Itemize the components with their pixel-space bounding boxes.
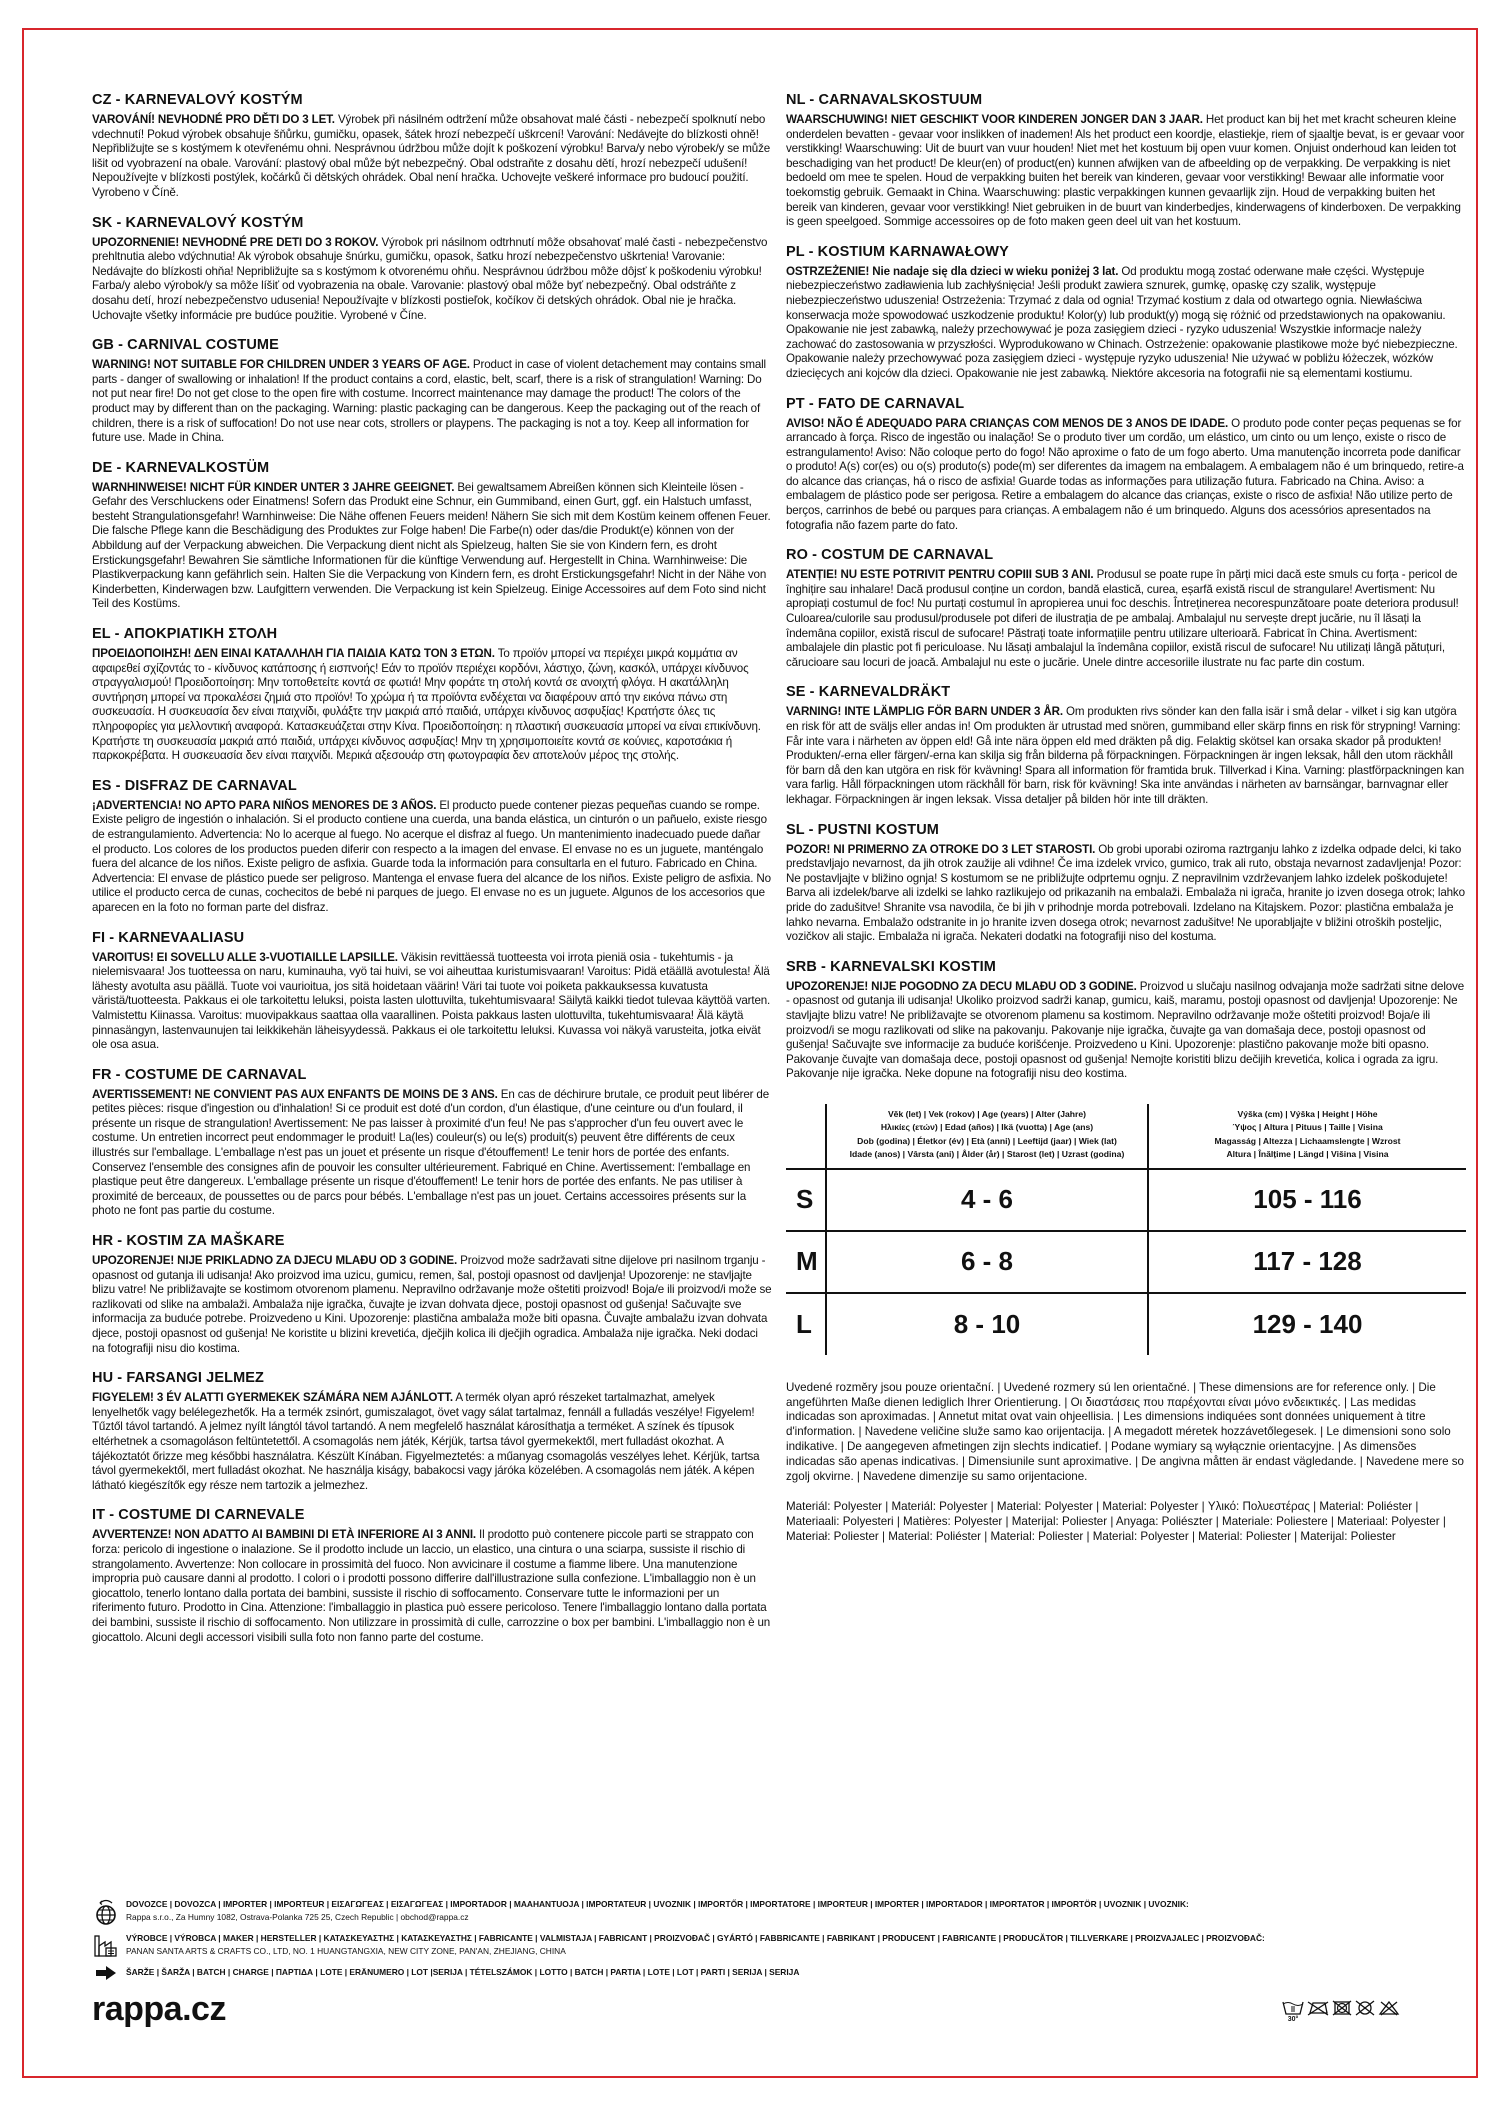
height-header: Výška (cm) | Výška | Height | Höhe Ύψος … <box>1148 1104 1466 1169</box>
warning-text: WARNHINWEISE! NICHT FÜR KINDER UNTER 3 J… <box>92 481 454 494</box>
section-cz: CZ - KARNEVALOVÝ KOSTÝMVAROVÁNÍ! NEVHODN… <box>92 92 772 201</box>
warning-text: FIGYELEM! 3 ÉV ALATTI GYERMEKEK SZÁMÁRA … <box>92 1391 453 1404</box>
section-it: IT - COSTUME DI CARNEVALEAVVERTENZE! NON… <box>92 1507 772 1645</box>
size-label: M <box>786 1231 826 1293</box>
section-body: UPOZORNENIE! NEVHODNÉ PRE DETI DO 3 ROKO… <box>92 236 772 324</box>
globe-icon <box>92 1898 120 1926</box>
warning-text: VAROITUS! EI SOVELLU ALLE 3-VUOTIAILLE L… <box>92 951 398 964</box>
size-table: Věk (let) | Vek (rokov) | Age (years) | … <box>786 1104 1466 1355</box>
material-note: Materiál: Polyester | Materiál: Polyeste… <box>786 1500 1466 1544</box>
height-range: 129 - 140 <box>1148 1293 1466 1355</box>
warning-text: ΠΡΟΕΙΔΟΠΟΙΗΣΗ! ΔΕΝ ΕΙΝΑΙ ΚΑΤΑΛΛΗΛΗ ΓΙΑ Π… <box>92 647 495 660</box>
maker-address: PANAN SANTA ARTS & CRAFTS CO., LTD, NO. … <box>126 1945 1265 1958</box>
age-range: 6 - 8 <box>826 1231 1148 1293</box>
section-body: VARNING! INTE LÄMPLIG FÖR BARN UNDER 3 Å… <box>786 705 1466 807</box>
warning-text: WAARSCHUWING! NIET GESCHIKT VOOR KINDERE… <box>786 113 1203 126</box>
section-pl: PL - KOSTIUM KARNAWAŁOWYOSTRZEŻENIE! Nie… <box>786 244 1466 382</box>
section-se: SE - KARNEVALDRÄKTVARNING! INTE LÄMPLIG … <box>786 684 1466 807</box>
body-text: A termék olyan apró részeket tartalmazha… <box>92 1391 759 1492</box>
section-body: VAROVÁNÍ! NEVHODNÉ PRO DĚTI DO 3 LET. Vý… <box>92 113 772 201</box>
section-fi: FI - KARNEVAALIASUVAROITUS! EI SOVELLU A… <box>92 930 772 1053</box>
right-column: NL - CARNAVALSKOSTUUMWAARSCHUWING! NIET … <box>786 92 1466 1545</box>
body-text: Proizvod može sadržavati sitne dijelove … <box>92 1254 771 1355</box>
body-text: Väkisin revittäessä tuotteesta voi irrot… <box>92 951 770 1052</box>
section-body: WARNING! NOT SUITABLE FOR CHILDREN UNDER… <box>92 358 772 446</box>
section-body: AVISO! NÃO É ADEQUADO PARA CRIANÇAS COM … <box>786 417 1466 534</box>
age-header: Věk (let) | Vek (rokov) | Age (years) | … <box>826 1104 1148 1169</box>
body-text: El producto puede contener piezas pequeñ… <box>92 799 771 914</box>
warning-text: UPOZORNENIE! NEVHODNÉ PRE DETI DO 3 ROKO… <box>92 236 378 249</box>
wash-30-icon: 30° <box>1282 2000 1304 2023</box>
importer-address: Rappa s.r.o., Za Humny 1082, Ostrava-Pol… <box>126 1911 1189 1924</box>
section-title: NL - CARNAVALSKOSTUUM <box>786 92 1466 109</box>
section-title: RO - COSTUM DE CARNAVAL <box>786 547 1466 564</box>
warning-text: AVERTISSEMENT! NE CONVIENT PAS AUX ENFAN… <box>92 1088 498 1101</box>
body-text: Το προϊόν μπορεί να περιέχει μικρά κομμά… <box>92 647 761 762</box>
care-symbols: 30° <box>1282 2000 1400 2023</box>
section-title: HR - KOSTIM ZA MAŠKARE <box>92 1233 772 1250</box>
body-text: Het product kan bij het met kracht scheu… <box>786 113 1464 228</box>
section-body: AVERTISSEMENT! NE CONVIENT PAS AUX ENFAN… <box>92 1088 772 1219</box>
footer: DOVOZCE | DOVOZCA | IMPORTER | IMPORTEUR… <box>92 1898 1452 1986</box>
section-title: GB - CARNIVAL COSTUME <box>92 337 772 354</box>
batch-labels: ŠARŽE | ŠARŽA | BATCH | CHARGE | ΠΑΡΤΙΔΑ… <box>126 1966 799 1979</box>
warning-text: UPOZORENJE! NIJE POGODNO ZA DECU MLAĐU O… <box>786 980 1137 993</box>
body-text: O produto pode conter peças pequenas se … <box>786 417 1464 532</box>
height-range: 117 - 128 <box>1148 1231 1466 1293</box>
section-body: UPOZORENJE! NIJE POGODNO ZA DECU MLAĐU O… <box>786 980 1466 1082</box>
left-column: CZ - KARNEVALOVÝ KOSTÝMVAROVÁNÍ! NEVHODN… <box>92 92 772 1659</box>
section-ro: RO - COSTUM DE CARNAVALATENȚIE! NU ESTE … <box>786 547 1466 670</box>
section-pt: PT - FATO DE CARNAVALAVISO! NÃO É ADEQUA… <box>786 396 1466 534</box>
section-title: SK - KARNEVALOVÝ KOSTÝM <box>92 215 772 232</box>
size-label: L <box>786 1293 826 1355</box>
section-body: VAROITUS! EI SOVELLU ALLE 3-VUOTIAILLE L… <box>92 951 772 1053</box>
section-title: CZ - KARNEVALOVÝ KOSTÝM <box>92 92 772 109</box>
body-text: Od produktu mogą zostać oderwane małe cz… <box>786 265 1458 380</box>
section-body: ¡ADVERTENCIA! NO APTO PARA NIÑOS MENORES… <box>92 799 772 916</box>
section-title: HU - FARSANGI JELMEZ <box>92 1370 772 1387</box>
body-text: Bei gewaltsamem Abreißen können sich Kle… <box>92 481 771 611</box>
section-body: POZOR! NI PRIMERNO ZA OTROKE DO 3 LET ST… <box>786 843 1466 945</box>
table-row: M 6 - 8 117 - 128 <box>786 1231 1466 1293</box>
size-header-blank <box>786 1104 826 1169</box>
maker-row: VÝROBCE | VÝROBCA | MAKER | HERSTELLER |… <box>92 1932 1452 1960</box>
height-range: 105 - 116 <box>1148 1169 1466 1231</box>
section-srb: SRB - KARNEVALSKI KOSTIMUPOZORENJE! NIJE… <box>786 959 1466 1082</box>
table-row: S 4 - 6 105 - 116 <box>786 1169 1466 1231</box>
section-nl: NL - CARNAVALSKOSTUUMWAARSCHUWING! NIET … <box>786 92 1466 230</box>
arrow-right-icon <box>92 1966 120 1980</box>
body-text: Proizvod u slučaju nasilnog odvajanja mo… <box>786 980 1464 1081</box>
body-text: Ob grobi uporabi oziroma raztrganju lahk… <box>786 843 1465 944</box>
section-title: PT - FATO DE CARNAVAL <box>786 396 1466 413</box>
warning-text: AVVERTENZE! NON ADATTO AI BAMBINI DI ETÀ… <box>92 1528 476 1541</box>
section-title: FR - COSTUME DE CARNAVAL <box>92 1067 772 1084</box>
section-hu: HU - FARSANGI JELMEZFIGYELEM! 3 ÉV ALATT… <box>92 1370 772 1493</box>
section-title: EL - ΑΠΟΚΡΙΑΤΙΚΗ ΣΤΟΛΗ <box>92 626 772 643</box>
warning-text: ATENȚIE! NU ESTE POTRIVIT PENTRU COPIII … <box>786 568 1094 581</box>
factory-icon <box>92 1932 120 1960</box>
warning-text: WARNING! NOT SUITABLE FOR CHILDREN UNDER… <box>92 358 470 371</box>
no-tumble-dry-icon <box>1332 2000 1352 2016</box>
size-label: S <box>786 1169 826 1231</box>
section-title: SRB - KARNEVALSKI KOSTIM <box>786 959 1466 976</box>
age-range: 8 - 10 <box>826 1293 1148 1355</box>
batch-row: ŠARŽE | ŠARŽA | BATCH | CHARGE | ΠΑΡΤΙΔΑ… <box>92 1966 1452 1980</box>
table-row: L 8 - 10 129 - 140 <box>786 1293 1466 1355</box>
section-body: OSTRZEŻENIE! Nie nadaje się dla dzieci w… <box>786 265 1466 382</box>
section-title: ES - DISFRAZ DE CARNAVAL <box>92 778 772 795</box>
section-gb: GB - CARNIVAL COSTUMEWARNING! NOT SUITAB… <box>92 337 772 446</box>
maker-labels: VÝROBCE | VÝROBCA | MAKER | HERSTELLER |… <box>126 1932 1265 1945</box>
section-sl: SL - PUSTNI KOSTUMPOZOR! NI PRIMERNO ZA … <box>786 822 1466 945</box>
section-de: DE - KARNEVALKOSTÜMWARNHINWEISE! NICHT F… <box>92 460 772 612</box>
body-text: Il prodotto può contenere piccole parti … <box>92 1528 770 1643</box>
body-text: En cas de déchirure brutale, ce produit … <box>92 1088 769 1218</box>
section-el: EL - ΑΠΟΚΡΙΑΤΙΚΗ ΣΤΟΛΗΠΡΟΕΙΔΟΠΟΙΗΣΗ! ΔΕΝ… <box>92 626 772 764</box>
dimensions-note: Uvedené rozměry jsou pouze orientační. |… <box>786 1381 1466 1485</box>
importer-labels: DOVOZCE | DOVOZCA | IMPORTER | IMPORTEUR… <box>126 1898 1189 1911</box>
importer-row: DOVOZCE | DOVOZCA | IMPORTER | IMPORTEUR… <box>92 1898 1452 1926</box>
no-dry-clean-icon <box>1355 2000 1375 2016</box>
warning-text: OSTRZEŻENIE! Nie nadaje się dla dzieci w… <box>786 265 1118 278</box>
age-range: 4 - 6 <box>826 1169 1148 1231</box>
section-body: FIGYELEM! 3 ÉV ALATTI GYERMEKEK SZÁMÁRA … <box>92 1391 772 1493</box>
section-body: AVVERTENZE! NON ADATTO AI BAMBINI DI ETÀ… <box>92 1528 772 1645</box>
body-text: Produsul se poate rupe în părți mici dac… <box>786 568 1459 669</box>
section-body: ATENȚIE! NU ESTE POTRIVIT PENTRU COPIII … <box>786 568 1466 670</box>
section-hr: HR - KOSTIM ZA MAŠKAREUPOZORENJE! NIJE P… <box>92 1233 772 1356</box>
section-fr: FR - COSTUME DE CARNAVALAVERTISSEMENT! N… <box>92 1067 772 1219</box>
warning-text: VAROVÁNÍ! NEVHODNÉ PRO DĚTI DO 3 LET. <box>92 113 335 126</box>
section-title: DE - KARNEVALKOSTÜM <box>92 460 772 477</box>
warning-text: VARNING! INTE LÄMPLIG FÖR BARN UNDER 3 Å… <box>786 705 1063 718</box>
section-es: ES - DISFRAZ DE CARNAVAL¡ADVERTENCIA! NO… <box>92 778 772 916</box>
section-title: SL - PUSTNI KOSTUM <box>786 822 1466 839</box>
section-sk: SK - KARNEVALOVÝ KOSTÝMUPOZORNENIE! NEVH… <box>92 215 772 324</box>
section-body: ΠΡΟΕΙΔΟΠΟΙΗΣΗ! ΔΕΝ ΕΙΝΑΙ ΚΑΤΑΛΛΗΛΗ ΓΙΑ Π… <box>92 647 772 764</box>
section-body: WAARSCHUWING! NIET GESCHIKT VOOR KINDERE… <box>786 113 1466 230</box>
section-title: SE - KARNEVALDRÄKT <box>786 684 1466 701</box>
section-title: IT - COSTUME DI CARNEVALE <box>92 1507 772 1524</box>
brand-logo: rappa.cz <box>92 1990 226 2029</box>
section-title: FI - KARNEVAALIASU <box>92 930 772 947</box>
no-iron-icon <box>1307 2000 1329 2016</box>
section-body: WARNHINWEISE! NICHT FÜR KINDER UNTER 3 J… <box>92 481 772 612</box>
warning-text: UPOZORENJE! NIJE PRIKLADNO ZA DJECU MLAĐ… <box>92 1254 457 1267</box>
no-bleach-icon <box>1378 2000 1400 2016</box>
warning-text: POZOR! NI PRIMERNO ZA OTROKE DO 3 LET ST… <box>786 843 1095 856</box>
body-text: Om produkten rivs sönder kan den falla i… <box>786 705 1464 806</box>
warning-text: ¡ADVERTENCIA! NO APTO PARA NIÑOS MENORES… <box>92 799 436 812</box>
section-title: PL - KOSTIUM KARNAWAŁOWY <box>786 244 1466 261</box>
section-body: UPOZORENJE! NIJE PRIKLADNO ZA DJECU MLAĐ… <box>92 1254 772 1356</box>
warning-text: AVISO! NÃO É ADEQUADO PARA CRIANÇAS COM … <box>786 417 1228 430</box>
